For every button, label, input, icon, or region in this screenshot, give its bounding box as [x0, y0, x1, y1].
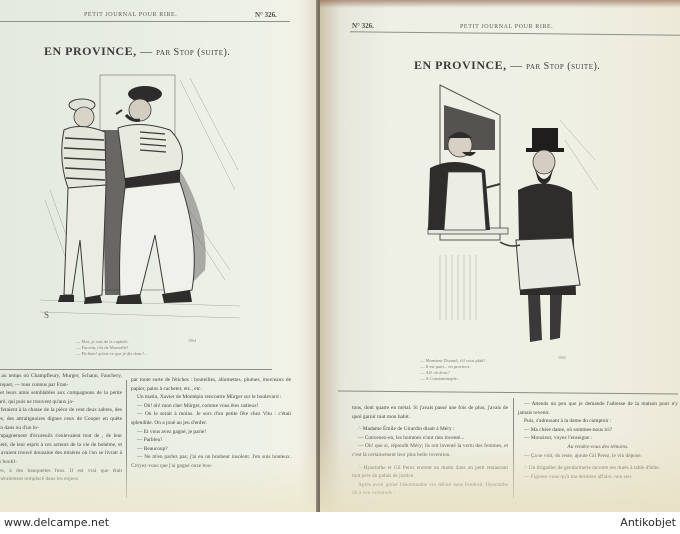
artist-signature: S [44, 310, 49, 320]
paragraph: — Oh! que si, répondit Méry; ils ont inv… [352, 442, 508, 459]
paragraph: tons, dont quatre en métal. Si j'avais p… [352, 404, 508, 421]
left-text-column-1: ait au temps où Champfleury, Murger, Sch… [0, 372, 122, 492]
right-running-head: PETIT JOURNAL POUR RIRE. [460, 24, 553, 30]
left-issue-number: N° 326. [255, 11, 277, 19]
right-head-rule [350, 31, 680, 35]
paragraph: — Figurez-vous qu'à ma dernière affaire,… [518, 473, 678, 482]
left-caption: — Moi, je suis de la capitale. — Farceur… [76, 339, 148, 357]
paragraph: Après avoir goûté l'abominable vin débit… [352, 481, 508, 498]
paragraph: compagnement d'écureuils s'enlevaient to… [0, 432, 122, 466]
left-page: PETIT JOURNAL POUR RIRE. N° 326. EN PROV… [0, 0, 318, 512]
right-issue-number: N° 326. [352, 22, 374, 30]
right-column-rule [513, 398, 514, 498]
right-page: N° 326. PETIT JOURNAL POUR RIRE. EN PROV… [320, 0, 680, 512]
paragraph: — Convenez-en, les hommes n'ont rien inv… [352, 434, 508, 443]
paragraph: gées, à des banquettes fous. Il est vrai… [0, 467, 122, 484]
paragraph: ∴ Madame Émile de Girardin disait à Méry… [352, 425, 508, 434]
left-column-rule [126, 380, 127, 498]
right-caption: — Monsieur Durand, s'il vous plaît? — Il… [420, 358, 486, 382]
left-title-byline: par Stop (suite). [156, 47, 230, 58]
right-title-main: EN PROVINCE, [414, 58, 507, 72]
right-title-dash: — [507, 58, 527, 72]
paragraph: — On le serait à moins. Je sors d'un pet… [131, 410, 291, 427]
paragraph: Puis, s'adressant à la dame du comptoir … [518, 417, 678, 426]
right-body-rule [338, 391, 678, 395]
paragraph: et et leurs amis semblables aux compagno… [0, 389, 122, 406]
left-caption-number: 1964 [188, 338, 196, 343]
paragraph: — Parbleu! [131, 436, 291, 445]
page-edge-shadow [320, 0, 680, 8]
left-running-head: PETIT JOURNAL POUR RIRE. [84, 12, 177, 18]
paragraph: par toute sorte de fétiches : bouteilles… [131, 376, 291, 393]
left-caption-line: — Eh bien! qu'est-ce que je dis donc?... [76, 351, 148, 357]
paragraph: — Attends un peu que je demande l'adress… [518, 400, 678, 417]
paragraph: — Ça se voit, du reste, ajoute Gil Perez… [518, 452, 678, 461]
right-text-column-1: tons, dont quatre en métal. Si j'avais p… [352, 404, 508, 504]
paragraph: — Ne m'en parlez pas; j'ai eu un bonheur… [131, 453, 291, 470]
right-title-byline: par Stop (suite). [526, 61, 600, 72]
paragraph: — Monsieur, voyez l'enseigne : [518, 434, 678, 443]
paragraph: — Beaucoup? [131, 445, 291, 454]
paragraph: ne feraient à la chasse de la pièce de c… [0, 406, 122, 432]
paragraph: — Ma chère dame, où sommes-nous ici? [518, 426, 678, 435]
left-article-title: EN PROVINCE, — par Stop (suite). [44, 44, 230, 59]
paragraph: Un matin, Xavier de Montépin rencontre M… [131, 393, 291, 402]
right-text-column-2: — Attends un peu que je demande l'adress… [518, 400, 678, 504]
shop-doorway-illustration [400, 80, 600, 350]
left-body-rule [0, 369, 272, 370]
left-text-column-2: par toute sorte de fétiches : bouteilles… [131, 376, 291, 496]
sailors-illustration: S [40, 70, 240, 325]
right-caption-line: — A Constantinople... [420, 376, 486, 382]
shopkeeper-engraving-icon [400, 80, 600, 350]
right-article-title: EN PROVINCE, — par Stop (suite). [414, 58, 600, 73]
paragraph: ait au temps où Champfleury, Murger, Sch… [0, 372, 122, 389]
paragraph: Au rendez-vous des témoins. [518, 443, 678, 452]
paragraph: ∴ Un brigadier de gendarmerie raconte se… [518, 464, 678, 473]
left-head-rule [0, 21, 290, 22]
left-title-dash: — [137, 44, 157, 58]
right-caption-number: 1965 [558, 355, 566, 360]
watermark-delcampe: www.delcampe.net [4, 516, 109, 529]
paragraph: — Oh! oh! mon cher Mürger, comme vous êt… [131, 402, 291, 411]
paragraph: ∴ Hyacinthe et Gil Perez entrent un mati… [352, 464, 508, 481]
watermark-antikobjet: Antikobjet [620, 516, 676, 529]
paragraph: — Et vous avez gagné, je parie! [131, 428, 291, 437]
newspaper-spread: PETIT JOURNAL POUR RIRE. N° 326. EN PROV… [0, 0, 680, 512]
left-title-main: EN PROVINCE, [44, 44, 137, 58]
sailors-engraving-icon: S [40, 70, 240, 325]
